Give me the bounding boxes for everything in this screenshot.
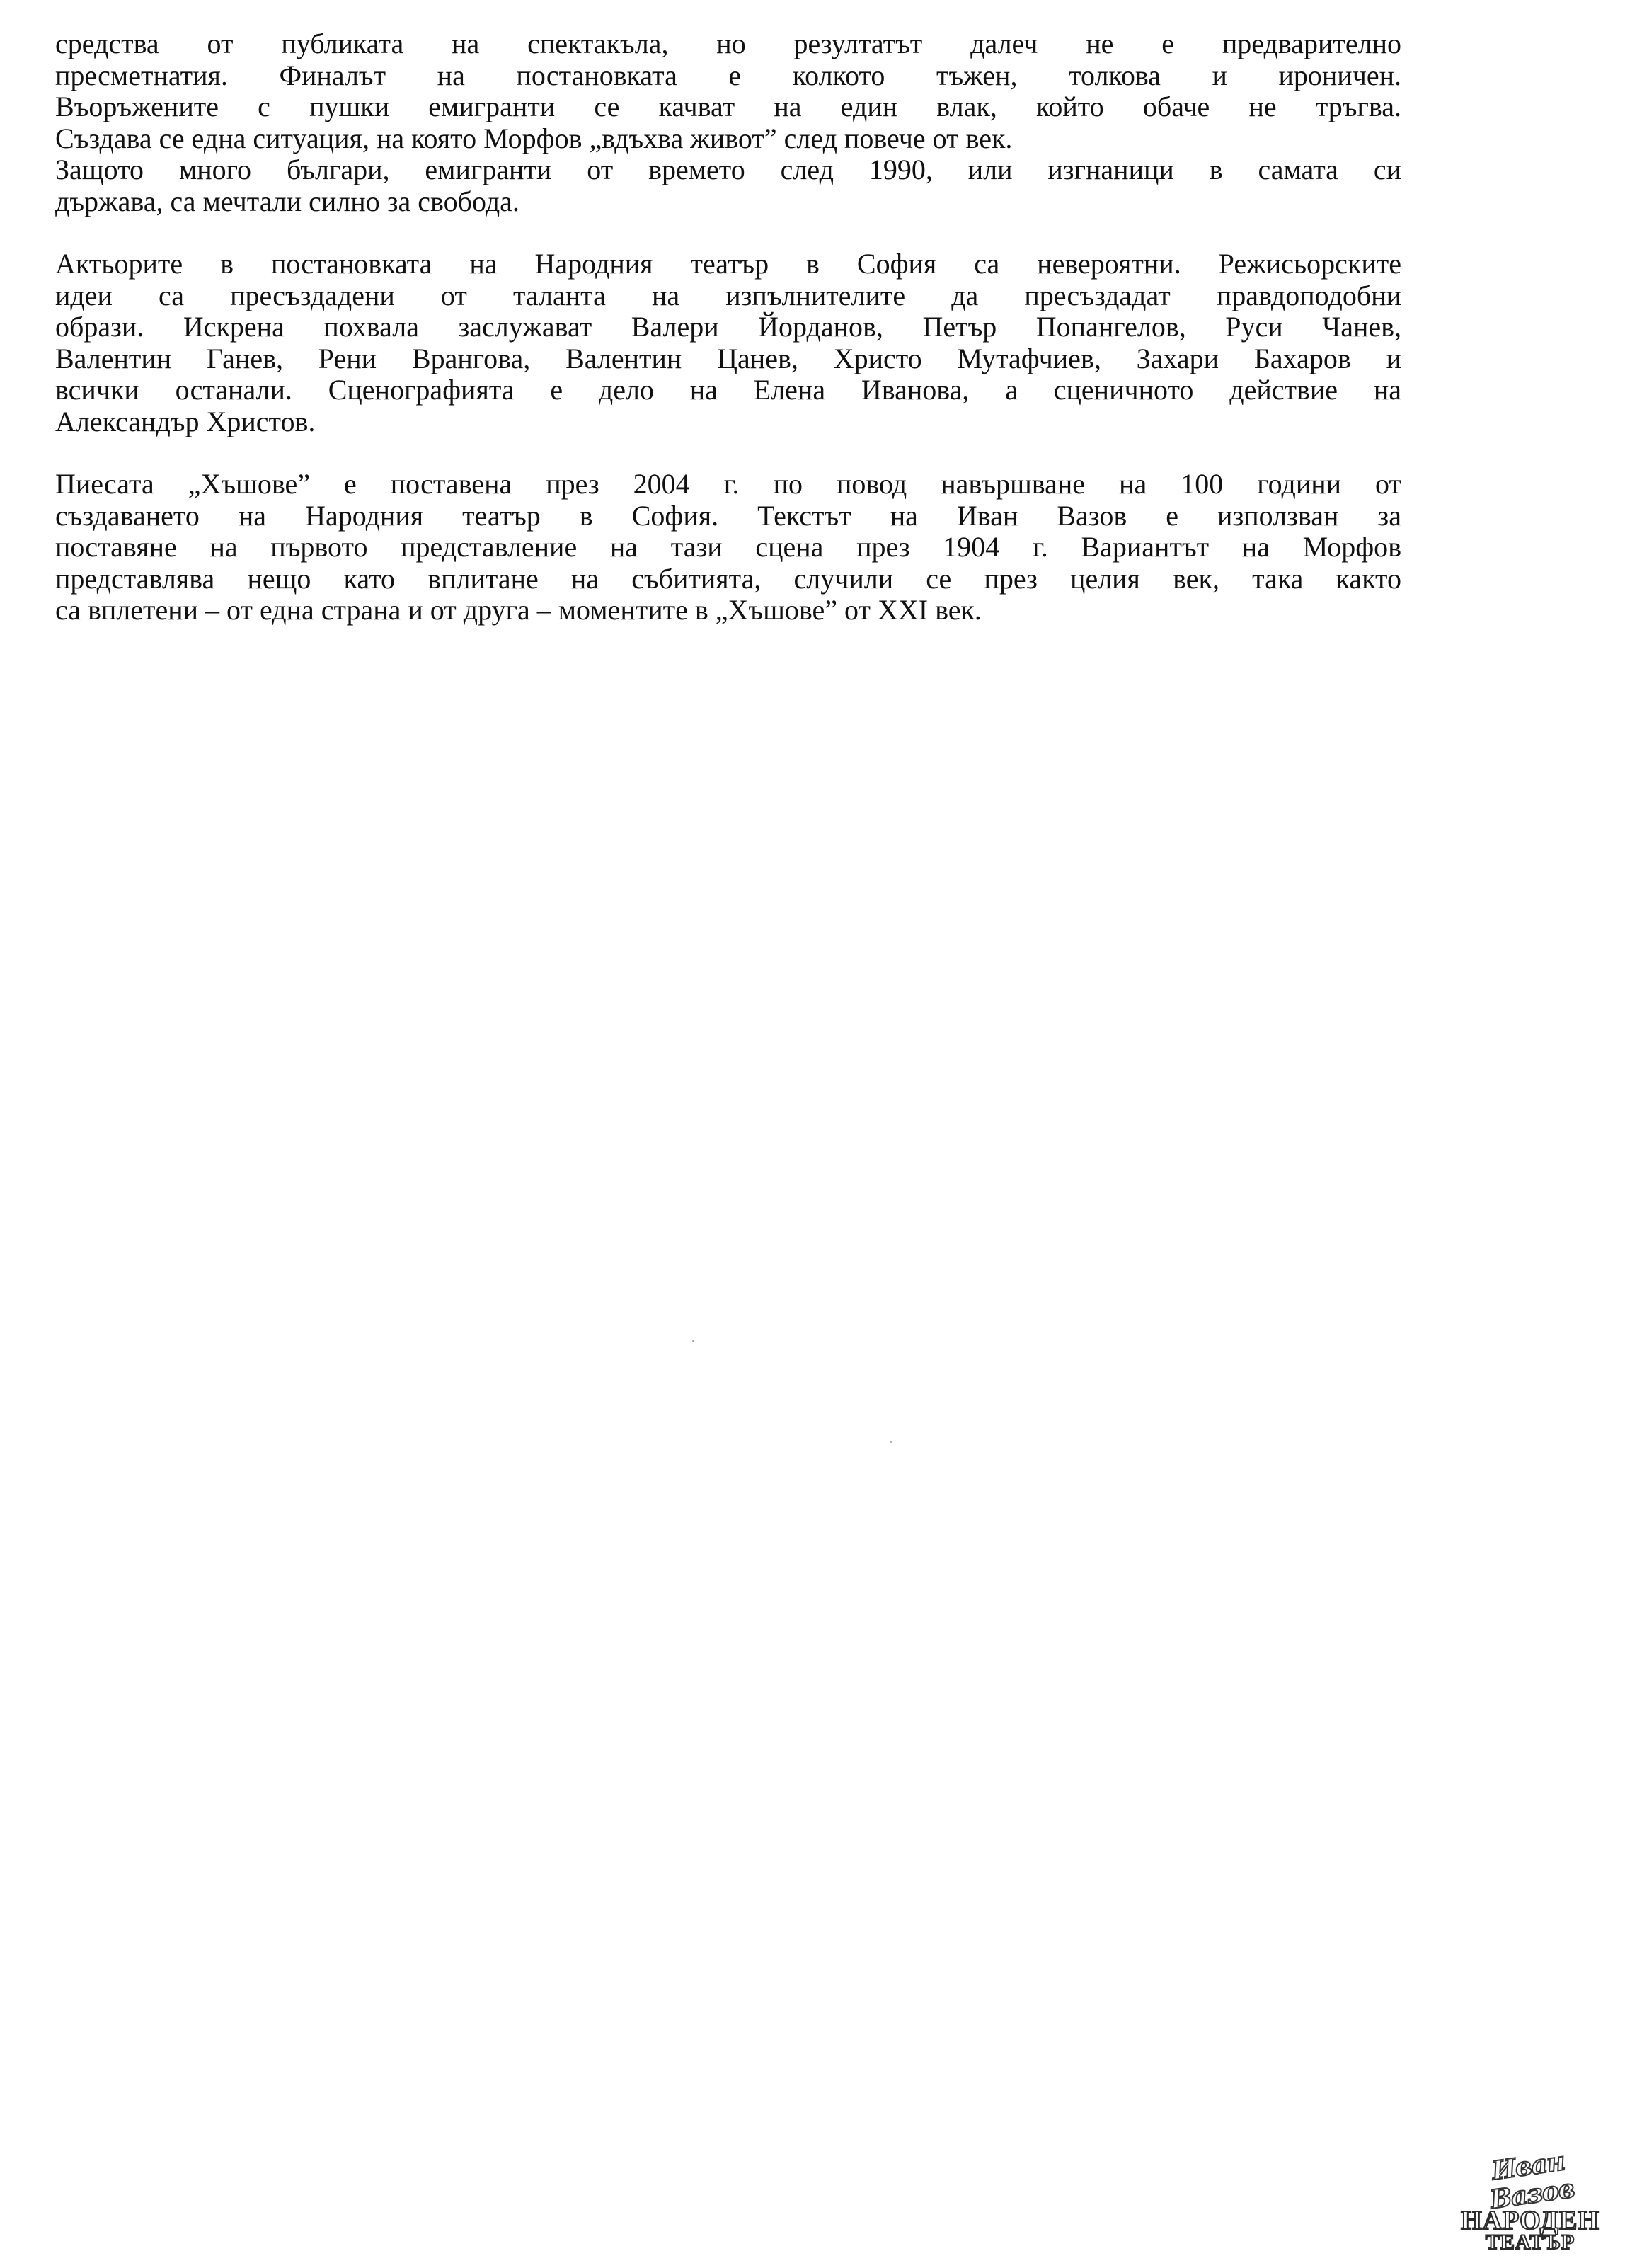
- national-theatre-logo: Иван Вазов НАРОДЕН ТЕАТЪР: [1459, 2152, 1601, 2237]
- paragraph-3: Пиесата „Хъшове” е поставена през 2004 г…: [55, 469, 1401, 626]
- text-line: поставяне на първото представление на та…: [55, 532, 1401, 563]
- scan-speck: [890, 1441, 892, 1443]
- text-line: Пиесата „Хъшове” е поставена през 2004 г…: [55, 469, 1401, 500]
- text-line: държава, са мечтали силно за свобода.: [55, 186, 1401, 218]
- text-line: са вплетени – от една страна и от друга …: [55, 595, 1401, 626]
- paragraph-2: Актьорите в постановката на Народния теа…: [55, 248, 1401, 437]
- text-line: образи. Искрена похвала заслужават Валер…: [55, 311, 1401, 343]
- text-line: Създава се една ситуация, на която Морфо…: [55, 123, 1401, 155]
- text-line: Александър Христов.: [55, 406, 1401, 438]
- logo-line-2: ТЕАТЪР: [1459, 2233, 1601, 2252]
- text-line: Актьорите в постановката на Народния теа…: [55, 248, 1401, 280]
- document-page: средства от публиката на спектакъла, но …: [55, 28, 1401, 626]
- text-line: идеи са пресъздадени от таланта на изпъл…: [55, 280, 1401, 312]
- text-line: представлява нещо като вплитане на събит…: [55, 563, 1401, 595]
- paragraph-1: средства от публиката на спектакъла, но …: [55, 28, 1401, 217]
- text-line: пресметнатия. Финалът на постановката е …: [55, 60, 1401, 92]
- scan-speck: [692, 1340, 694, 1342]
- text-line: създаването на Народния театър в София. …: [55, 500, 1401, 532]
- text-line: Валентин Ганев, Рени Врангова, Валентин …: [55, 343, 1401, 375]
- text-line: всички останали. Сценографията е дело на…: [55, 374, 1401, 406]
- text-line: Защото много българи, емигранти от време…: [55, 154, 1401, 186]
- text-line: Въоръжените с пушки емигранти се качват …: [55, 91, 1401, 123]
- text-line: средства от публиката на спектакъла, но …: [55, 28, 1401, 60]
